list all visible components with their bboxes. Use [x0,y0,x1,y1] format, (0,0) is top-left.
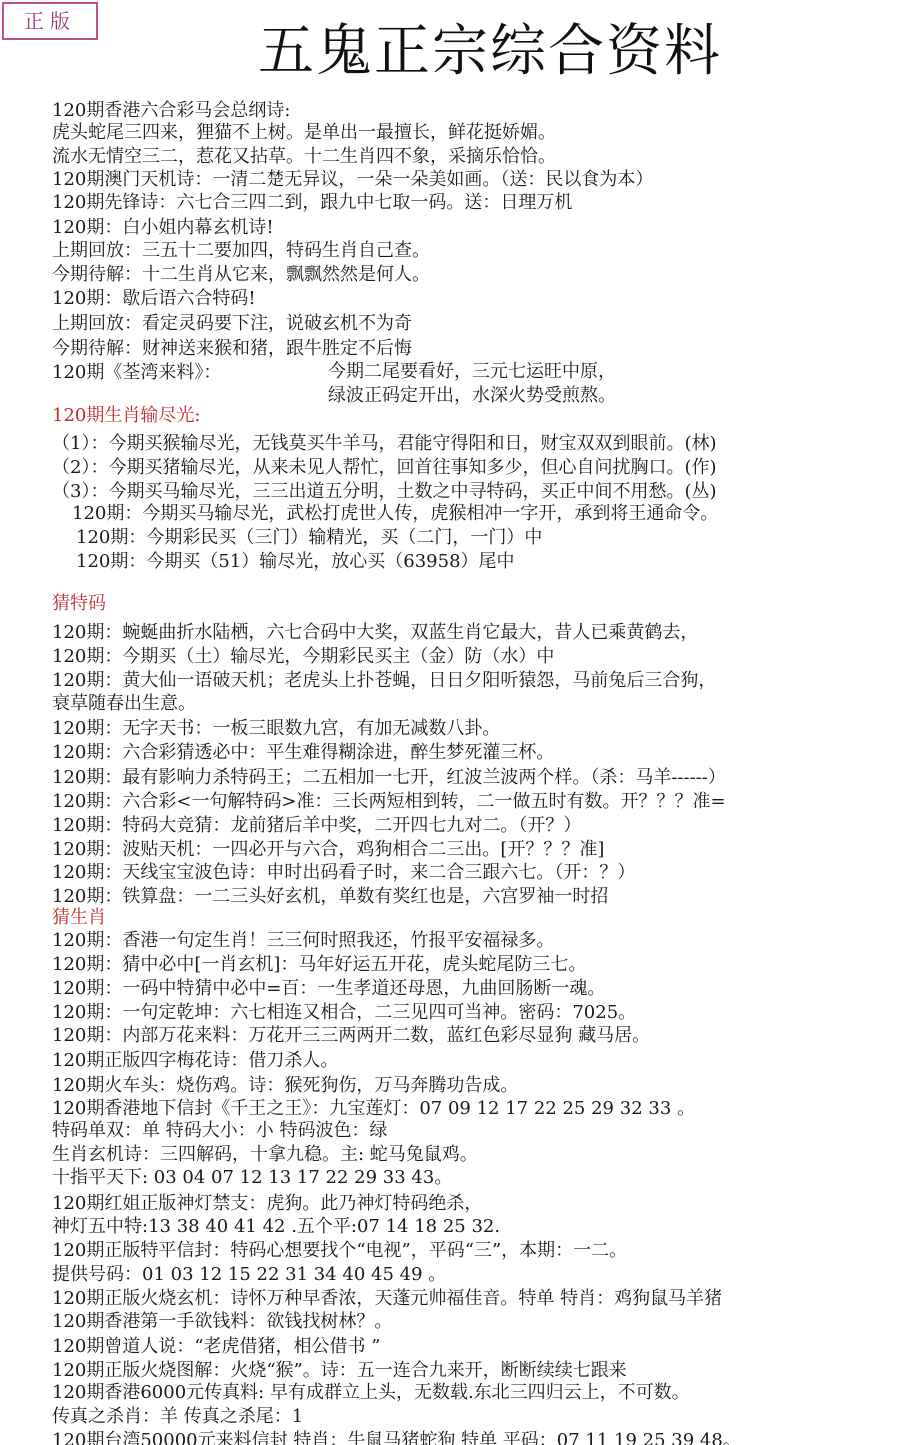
text-line: 120期：今期彩民买（三门）输精光，买（二门，一门）中 [76,527,542,549]
text-line: 120期：白小姐内幕玄机诗! [52,217,274,239]
text-line: 今期待解：财神送来猴和猪，跟牛胜定不后悔 [52,338,412,360]
text-line: 120期：特码大竞猜：龙前猪后羊中奖，二开四七九对二。（开？） [52,815,581,837]
text-line: 120期正版特平信封：特码心想要找个“电视”，平码“三”，本期：一二。 [52,1240,627,1262]
text-line: 120期：内部万花来料：万花开三三两两开二数，蓝红色彩尽显狗 藏马居。 [52,1025,650,1047]
text-line: 120期：六合彩猜透必中：平生难得糊涂进，醉生梦死灌三杯。 [52,742,554,764]
text-line: 120期火车头：烧伤鸡。诗：猴死狗伤，万马奔腾功告成。 [52,1075,518,1097]
section-heading: 猜生肖 [52,907,106,929]
text-line: 虎头蛇尾三四来，狸猫不上树。是单出一最擅长，鲜花挺娇媚。 [52,122,556,144]
text-line: 120期：今期买（土）输尽光，今期彩民买主（金）防（水）中 [52,646,554,668]
text-line: 120期正版四字梅花诗：借刀杀人。 [52,1050,338,1072]
text-line: 上期回放：看定灵码要下注，说破玄机不为奇 [52,313,412,335]
text-line: 120期：六合彩<一句解特码>准：三长两短相到转，二一做五时有数。开？？？准= [52,791,726,813]
text-line: 120期：铁算盘：一二三头好玄机，单数有奖红也是，六宫罗袖一时招 [52,886,608,908]
text-line: 生肖玄机诗：三四解码，十拿九稳。主: 蛇马兔鼠鸡。 [52,1144,478,1166]
text-line: 120期：天线宝宝波色诗：申时出码看子时，来二合三跟六七。（开：？） [52,862,635,884]
text-line: 神灯五中特:13 38 40 41 42 .五个平:07 14 18 25 32… [52,1216,500,1238]
text-line: 120期正版火烧图解：火烧“猴”。诗：五一连合九来开，断断续续七跟来 [52,1360,627,1382]
text-line: （3）：今期买马输尽光，三三出道五分明，土数之中寻特码，买正中间不用愁。(丛) [52,481,717,503]
section-heading: 120期生肖输尽光: [52,405,200,427]
text-line: 120期香港地下信封《千王之王》：九宝莲灯：07 09 12 17 22 25 … [52,1098,695,1120]
text-line: 120期：波贴天机：一四必开与六合，鸡狗相合二三出。[开？？？准] [52,839,604,861]
text-line: 120期：蜿蜒曲折水陆栖，六七合码中大奖，双蓝生肖它最大，昔人已乘黄鹤去， [52,622,698,644]
poem-line: 绿波正码定开出，水深火势受煎熬。 [328,385,616,407]
text-line: 120期：无字天书：一板三眼数九宫，有加无减数八卦。 [52,718,500,740]
text-line: （2）：今期买猪输尽光，从来未见人帮忙，回首往事知多少，但心自问扰胸口。(作) [52,457,717,479]
text-line: 120期香港第一手欲钱料：欲钱找树林？。 [52,1311,392,1333]
text-line: 今期待解：十二生肖从它来，飘飘然然是何人。 [52,264,430,286]
text-line: 衰草随春出生意。 [52,693,196,715]
text-line: 120期香港6000元传真料: 早有成群立上头，无数载.东北三四归云上，不可数。 [52,1382,690,1404]
text-line: 120期：今期买（51）输尽光，放心买（63958）尾中 [76,551,515,573]
text-line: 120期：黄大仙一语破天机；老虎头上扑苍蝇，日日夕阳听猿怨，马前兔后三合狗， [52,670,716,692]
section-heading: 猜特码 [52,593,106,615]
text-line: 特码单双：单 特码大小：小 特码波色：绿 [52,1120,387,1142]
text-line: 120期红姐正版神灯禁支：虎狗。此乃神灯特码绝杀， [52,1193,482,1215]
text-line: 120期香港六合彩马会总纲诗: [52,100,290,122]
poem-line: 今期二尾要看好，三元七运旺中原， [328,361,616,383]
text-line: 流水无情空三二，惹花又拈草。十二生肖四不象，采摘乐恰恰。 [52,146,556,168]
text-line: 提供号码：01 03 12 15 22 31 34 40 45 49 。 [52,1264,446,1286]
text-line: 120期：猜中必中[一肖玄机]：马年好运五开花，虎头蛇尾防三七。 [52,954,586,976]
text-line: 120期：最有影响力杀特码王；二五相加一七开，红波兰波两个样。（杀：马羊----… [52,767,726,789]
text-line: 120期正版火烧玄机：诗怀万种早香浓，天蓬元帅福佳音。特单 特肖：鸡狗鼠马羊猪 [52,1288,722,1310]
text-line: 120期：歇后语六合特码! [52,288,256,310]
text-line: 传真之杀肖：羊 传真之杀尾：1 [52,1406,303,1428]
text-line: 上期回放：三五十二要加四，特码生肖自己查。 [52,240,430,262]
text-line: 120期曾道人说：“老虎借猪，相公借书 ” [52,1336,380,1358]
text-line: 120期《荃湾来料》： [52,362,221,384]
text-line: 120期：一句定乾坤：六七相连又相合，二三见四可当神。密码：7025。 [52,1002,636,1024]
text-line: （1）：今期买猴输尽光，无钱莫买牛羊马，君能守得阳和日，财宝双双到眼前。(林) [52,433,717,455]
page-title: 五鬼正宗综合资料 [0,12,900,92]
text-line: 120期：香港一句定生肖！三三何时照我还，竹报平安福禄多。 [52,930,554,952]
text-line: 十指平天下: 03 04 07 12 13 17 22 29 33 43。 [52,1167,452,1189]
text-line: 120期台湾50000元来料信封 特肖：牛鼠马猪蛇狗 特单 平码：07 11 1… [52,1430,741,1445]
text-line: 120期：一码中特猜中必中=百：一生孝道还母恩，九曲回肠断一魂。 [52,978,605,1000]
text-line: 120期澳门天机诗：一清二楚无异议，一朵一朵美如画。（送：民以食为本） [52,169,653,191]
text-line: 120期：今期买马输尽光，武松打虎世人传，虎猴相冲一字开，承到将王通命令。 [72,503,718,525]
text-line: 120期先锋诗：六七合三四二到，跟九中七取一码。送：日理万机 [52,192,572,214]
